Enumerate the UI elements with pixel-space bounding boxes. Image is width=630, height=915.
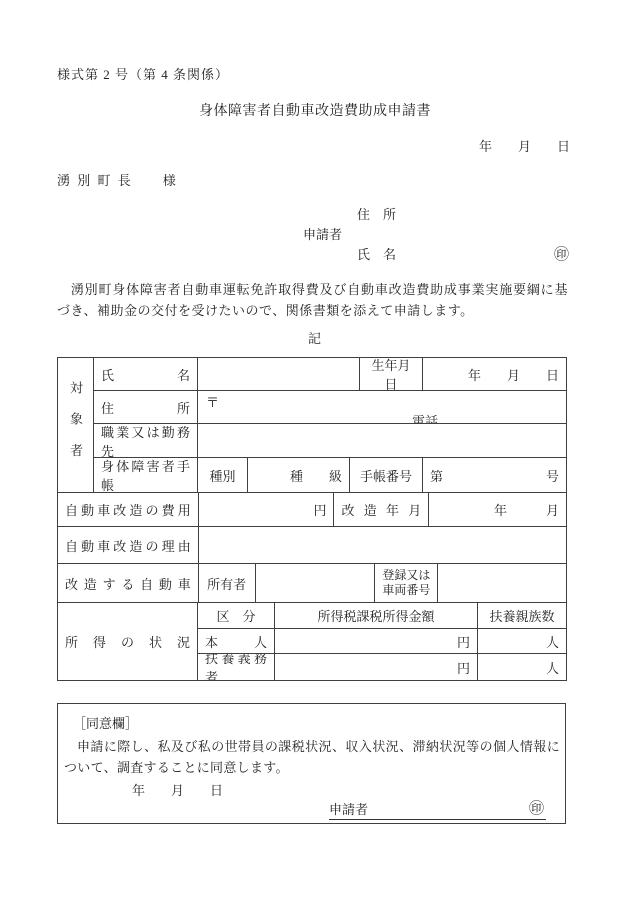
phone-label: 電話 xyxy=(412,411,558,424)
dependent-dependents-field: 人 xyxy=(478,654,567,681)
seal-mark-icon: ㊞ xyxy=(529,797,544,818)
owner-field xyxy=(256,564,376,603)
name-field xyxy=(198,358,360,391)
applicant-name-label: 氏 名 xyxy=(357,244,396,263)
division-header: 区 分 xyxy=(198,603,275,629)
self-row-label: 本人 xyxy=(198,629,275,654)
consent-applicant-label: 申請者 xyxy=(329,799,368,818)
name-label: 氏名 xyxy=(94,358,198,391)
consent-date-line: 年 月 日 xyxy=(132,780,223,799)
applicant-label: 申請者 xyxy=(303,224,342,243)
seal-mark-icon: ㊞ xyxy=(554,243,569,264)
self-dependents-field: 人 xyxy=(478,629,567,654)
birthdate-field: 年 月 日 xyxy=(423,358,567,391)
section-marker: 記 xyxy=(0,328,630,347)
birthdate-label: 生年月日 xyxy=(360,358,423,391)
header-date-line: 年 月 日 xyxy=(0,136,570,155)
remodel-date-field: 年 月 xyxy=(429,493,567,527)
body-paragraph: 湧別町身体障害者自動車運転免許取得費及び自動車改造費助成事業実施要綱に基づき、補… xyxy=(57,279,568,321)
address-field: 〒 電話 xyxy=(198,391,567,424)
application-table: 対象者 氏名 生年月日 年 月 日 住所 〒 電話 職業又は勤務 xyxy=(57,357,567,681)
taxable-income-header: 所得税課税所得金額 xyxy=(275,603,478,629)
owner-label: 所有者 xyxy=(199,564,256,603)
techo-type-label: 種別 xyxy=(198,458,248,493)
occupation-field xyxy=(198,424,567,458)
consent-signature-line: 申請者 ㊞ xyxy=(329,797,546,820)
form-number: 様式第 2 号（第 4 条関係） xyxy=(57,64,229,83)
techo-number-label: 手帳番号 xyxy=(350,458,423,493)
postal-mark: 〒 xyxy=(206,392,558,411)
addressee: 湧 別 町 長 様 xyxy=(57,170,178,189)
dependents-header: 扶養親族数 xyxy=(478,603,567,629)
address-label: 住所 xyxy=(94,391,198,424)
cost-label: 自動車改造の費用 xyxy=(58,493,199,527)
techo-grade-field: 種 級 xyxy=(248,458,350,493)
page-title: 身体障害者自動車改造費助成申請書 xyxy=(0,100,630,120)
consent-heading: ［同意欄］ xyxy=(73,713,138,732)
car-label: 改造する自動車 xyxy=(58,564,199,603)
consent-body: 申請に際し、私及び私の世帯員の課税状況、収入状況、滞納状況等の個人情報について、… xyxy=(64,736,560,778)
dependent-payer-row-label: 扶養義務者 xyxy=(198,654,275,681)
remodel-date-label: 改造年月 xyxy=(334,493,429,527)
registration-label: 登録又は 車両番号 xyxy=(375,564,438,603)
cost-field: 円 xyxy=(199,493,335,527)
techo-number-field: 第号 xyxy=(423,458,567,493)
techo-label: 身体障害者手帳 xyxy=(94,458,198,493)
occupation-label: 職業又は勤務先 xyxy=(94,424,198,458)
self-income-field: 円 xyxy=(275,629,478,654)
consent-section: ［同意欄］ 申請に際し、私及び私の世帯員の課税状況、収入状況、滞納状況等の個人情… xyxy=(57,703,566,824)
document-page: 様式第 2 号（第 4 条関係） 身体障害者自動車改造費助成申請書 年 月 日 … xyxy=(0,0,630,915)
subject-group-header: 対象者 xyxy=(58,358,94,493)
applicant-address-label: 住 所 xyxy=(357,204,396,223)
registration-field xyxy=(438,564,567,603)
income-label: 所得の状況 xyxy=(58,603,198,681)
reason-field xyxy=(199,527,567,564)
dependent-income-field: 円 xyxy=(275,654,478,681)
reason-label: 自動車改造の理由 xyxy=(58,527,199,564)
